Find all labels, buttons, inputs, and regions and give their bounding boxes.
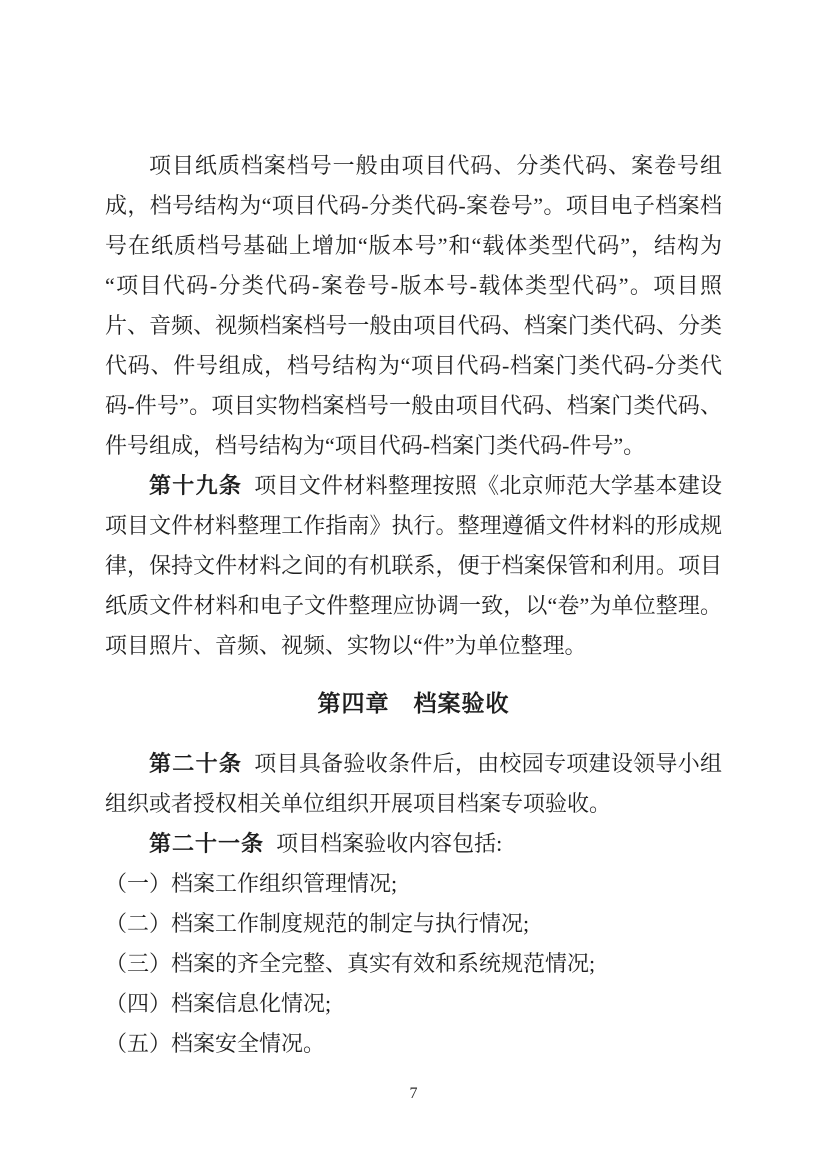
- list-item: （五）档案安全情况。: [105, 1024, 722, 1064]
- chapter-heading: 第四章 档案验收: [105, 683, 722, 723]
- article-paragraph: 第二十条项目具备验收条件后，由校园专项建设领导小组组织或者授权相关单位组织开展项…: [105, 744, 722, 824]
- article-term: 第二十一条: [149, 831, 264, 856]
- list-item: （三）档案的齐全完整、真实有效和系统规范情况;: [105, 944, 722, 984]
- page-number: 7: [0, 1085, 827, 1103]
- article-text: 项目文件材料整理按照《北京师范大学基本建设项目文件材料整理工作指南》执行。整理遵…: [105, 473, 722, 658]
- list-item: （一）档案工作组织管理情况;: [105, 864, 722, 904]
- list-item: （二）档案工作制度规范的制定与执行情况;: [105, 904, 722, 944]
- body-paragraph: 项目纸质档案档号一般由项目代码、分类代码、案卷号组成，档号结构为“项目代码-分类…: [105, 146, 722, 466]
- document-body: 项目纸质档案档号一般由项目代码、分类代码、案卷号组成，档号结构为“项目代码-分类…: [105, 146, 722, 1064]
- article-text: 项目档案验收内容包括:: [276, 831, 502, 856]
- article-paragraph: 第二十一条项目档案验收内容包括:: [105, 824, 722, 864]
- article-term: 第十九条: [149, 473, 242, 498]
- document-page: 项目纸质档案档号一般由项目代码、分类代码、案卷号组成，档号结构为“项目代码-分类…: [0, 0, 827, 1169]
- article-term: 第二十条: [149, 751, 242, 776]
- article-paragraph: 第十九条项目文件材料整理按照《北京师范大学基本建设项目文件材料整理工作指南》执行…: [105, 466, 722, 666]
- list-item: （四）档案信息化情况;: [105, 984, 722, 1024]
